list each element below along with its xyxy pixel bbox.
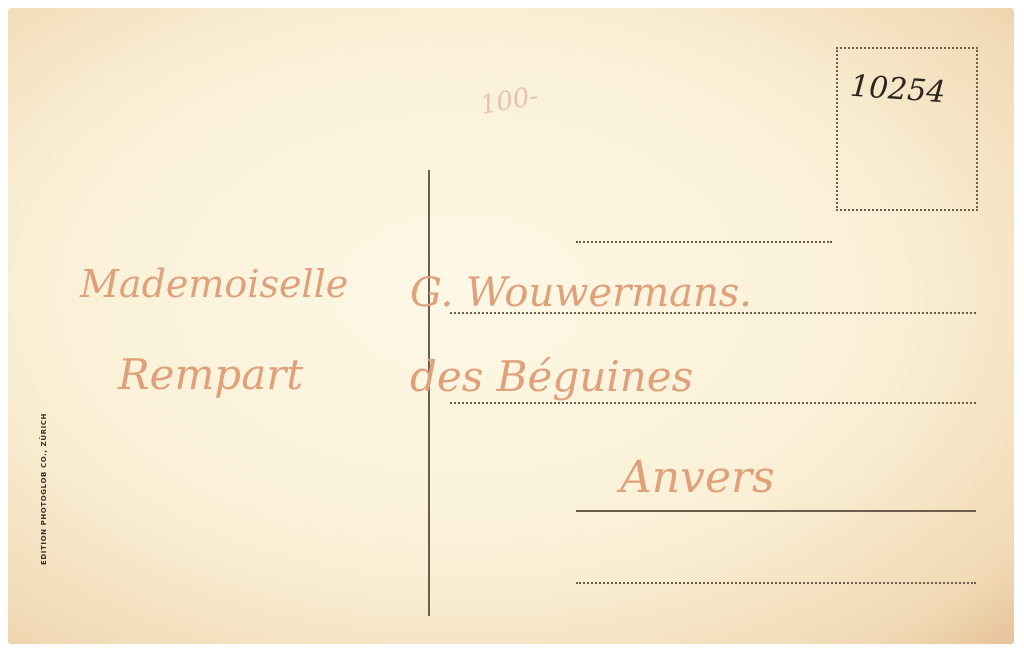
stamp-box-number: 10254 [849, 69, 947, 111]
publisher-imprint: EDITION PHOTOGLOB CO., ZÜRICH [40, 413, 48, 565]
address-line-3 [450, 402, 976, 404]
handwriting-city: Anvers [620, 452, 775, 503]
handwriting-mademoiselle: Mademoiselle [80, 262, 348, 306]
handwriting-recipient-name: G. Wouwermans. [410, 270, 752, 316]
address-line-5 [576, 582, 976, 584]
address-line-1 [576, 241, 832, 243]
handwriting-street: des Béguines [410, 352, 693, 401]
handwriting-rempart: Rempart [118, 350, 303, 399]
address-line-4 [576, 510, 976, 512]
